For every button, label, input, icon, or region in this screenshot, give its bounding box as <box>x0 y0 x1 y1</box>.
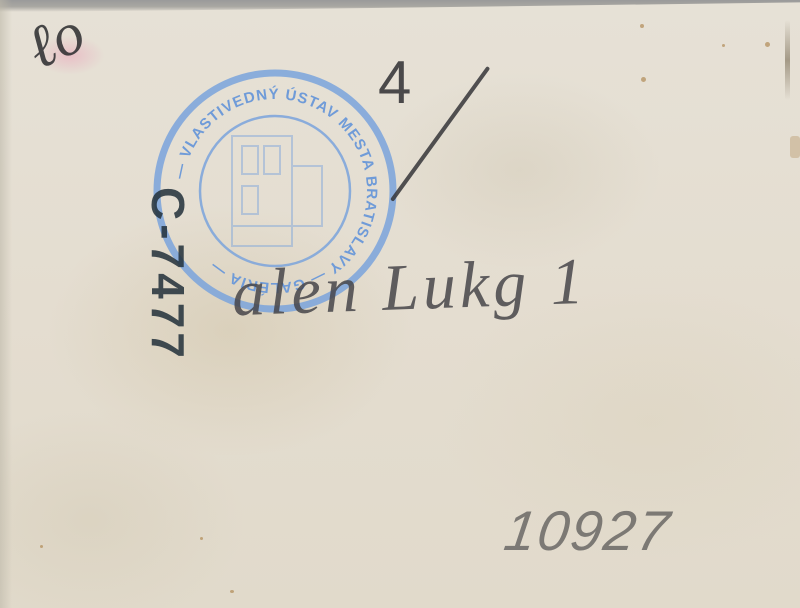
paper-fleck <box>765 42 770 47</box>
paper-fleck <box>230 590 234 593</box>
inventory-number: 10927 <box>500 498 675 563</box>
paper-fleck <box>640 24 644 28</box>
paper-stain <box>785 20 790 100</box>
paper-left-edge <box>0 0 12 608</box>
paper-fleck <box>790 136 800 158</box>
paper-fleck <box>40 545 43 548</box>
paper-fleck <box>722 44 725 47</box>
stamp-building-emblem <box>232 136 322 246</box>
pencil-number-four: 4 <box>378 48 411 117</box>
catalog-number: C-7477 <box>141 187 195 427</box>
paper-top-edge <box>0 0 800 12</box>
paper-fleck <box>200 537 203 540</box>
scanned-document: — VLASTIVEDNÝ ÚSTAV MESTA BRATISLAVY — G… <box>0 0 800 608</box>
handwritten-note: alen Lukg 1 <box>231 244 589 332</box>
paper-fleck <box>641 77 646 82</box>
